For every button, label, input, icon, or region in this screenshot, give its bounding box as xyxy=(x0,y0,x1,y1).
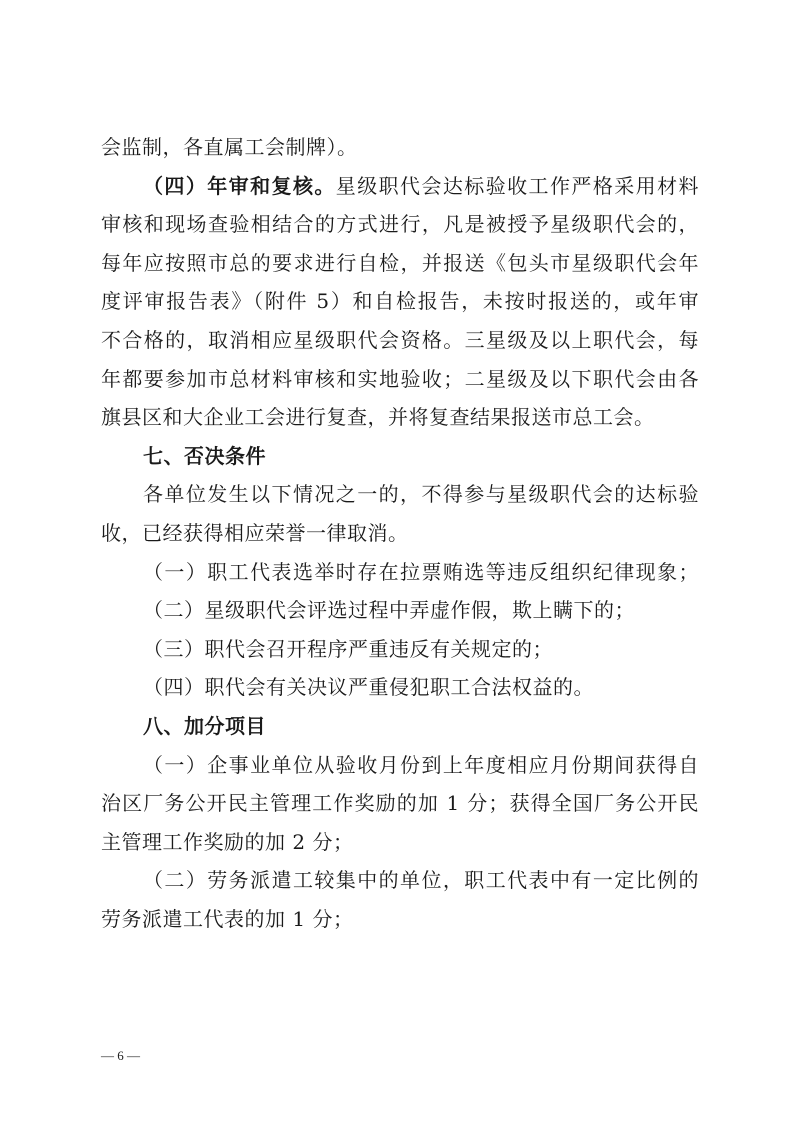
paragraph-line: 旗县区和大企业工会进行复查，并将复查结果报送市总工会。 xyxy=(101,398,699,437)
paragraph-line: 会监制，各直属工会制牌）。 xyxy=(101,128,699,167)
section-lead-annual-review: （四）年审和复核。 xyxy=(143,174,336,198)
paragraph-line: 劳务派遣工代表的加 1 分； xyxy=(101,900,699,939)
section-heading-bonus-items: 八、加分项目 xyxy=(101,707,699,746)
paragraph-line: （四）年审和复核。星级职代会达标验收工作严格采用材料 xyxy=(101,167,699,206)
list-item-bonus-2: （二）劳务派遣工较集中的单位，职工代表中有一定比例的 xyxy=(101,861,699,900)
paragraph-line: 主管理工作奖励的加 2 分； xyxy=(101,823,699,862)
paragraph-line: 度评审报告表》（附件 5）和自检报告，未按时报送的，或年审 xyxy=(101,282,699,321)
list-item-veto-1: （一）职工代表选举时存在拉票贿选等违反组织纪律现象； xyxy=(101,553,699,592)
paragraph-line: 收，已经获得相应荣誉一律取消。 xyxy=(101,514,699,553)
list-item-veto-3: （三）职代会召开程序严重违反有关规定的； xyxy=(101,630,699,669)
document-page: 会监制，各直属工会制牌）。 （四）年审和复核。星级职代会达标验收工作严格采用材料… xyxy=(0,0,794,1123)
paragraph-line: 每年应按照市总的要求进行自检，并报送《包头市星级职代会年 xyxy=(101,244,699,283)
paragraph-text: 星级职代会达标验收工作严格采用材料 xyxy=(336,174,699,198)
paragraph-line: 各单位发生以下情况之一的，不得参与星级职代会的达标验 xyxy=(101,475,699,514)
list-item-bonus-1: （一）企事业单位从验收月份到上年度相应月份期间获得自 xyxy=(101,746,699,785)
paragraph-line: 不合格的，取消相应星级职代会资格。三星级及以上职代会，每 xyxy=(101,321,699,360)
list-item-veto-4: （四）职代会有关决议严重侵犯职工合法权益的。 xyxy=(101,668,699,707)
paragraph-line: 审核和现场查验相结合的方式进行，凡是被授予星级职代会的， xyxy=(101,205,699,244)
paragraph-line: 年都要参加市总材料审核和实地验收；二星级及以下职代会由各 xyxy=(101,360,699,399)
page-number: — 6 — xyxy=(101,1048,140,1064)
section-heading-veto-conditions: 七、否决条件 xyxy=(101,437,699,476)
paragraph-line: 治区厂务公开民主管理工作奖励的加 1 分；获得全国厂务公开民 xyxy=(101,784,699,823)
list-item-veto-2: （二）星级职代会评选过程中弄虚作假，欺上瞒下的； xyxy=(101,591,699,630)
document-body: 会监制，各直属工会制牌）。 （四）年审和复核。星级职代会达标验收工作严格采用材料… xyxy=(101,128,699,938)
